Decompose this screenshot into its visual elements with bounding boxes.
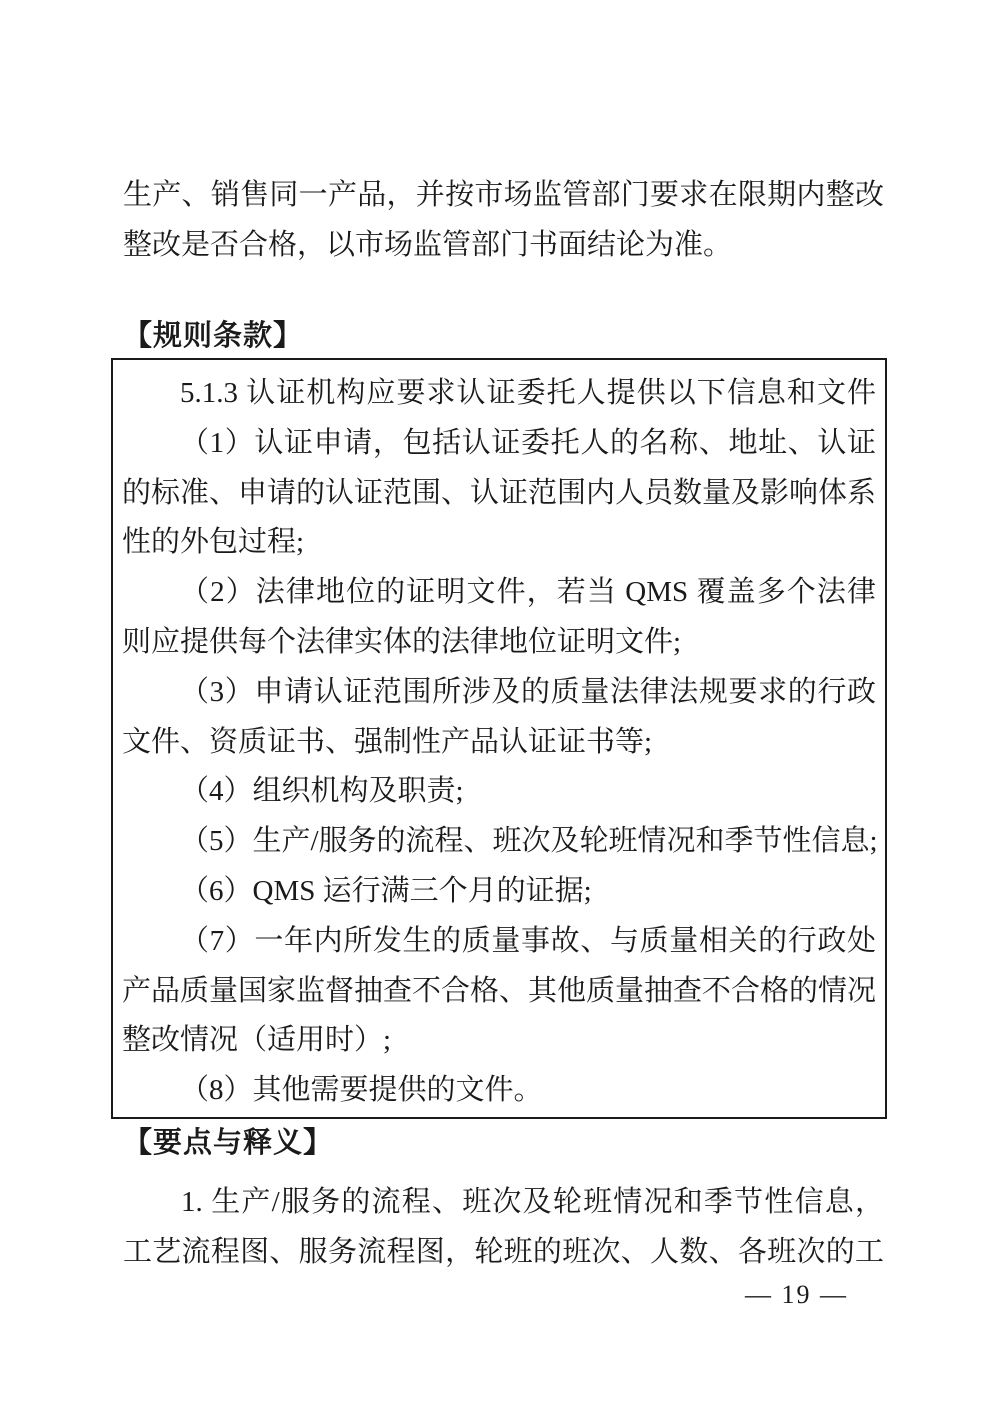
keypoints-paragraph: 1. 生产/服务的流程、班次及轮班情况和季节性信息，包括: 工艺流程图、服务流程…	[123, 1177, 884, 1277]
keypoints-heading: 【要点与释义】	[123, 1125, 884, 1161]
text-line: （8）其他需要提供的文件。	[122, 1066, 876, 1116]
text-line: 生产、销售同一产品，并按市场监管部门要求在限期内整改合格。	[123, 170, 884, 220]
text-line: 文件、资质证书、强制性产品认证证书等;	[122, 718, 876, 768]
rule-clause-box: 5.1.3 认证机构应要求认证委托人提供以下信息和文件资料: （1）认证申请，包…	[111, 358, 887, 1119]
text-line: 1. 生产/服务的流程、班次及轮班情况和季节性信息，包括:	[123, 1177, 884, 1227]
intro-paragraph: 生产、销售同一产品，并按市场监管部门要求在限期内整改合格。 整改是否合格，以市场…	[123, 0, 884, 270]
text-line: 工艺流程图、服务流程图，轮班的班次、人数、各班次的工作内	[123, 1227, 884, 1277]
text-line: （7）一年内所发生的质量事故、与质量相关的行政处罚、	[122, 917, 876, 967]
text-line: （5）生产/服务的流程、班次及轮班情况和季节性信息;	[122, 817, 876, 867]
rule-clause-heading: 【规则条款】	[123, 318, 884, 354]
text-line: 的标准、申请的认证范围、认证范围内人员数量及影响体系有效	[122, 469, 876, 519]
text-line: 则应提供每个法律实体的法律地位证明文件;	[122, 618, 876, 668]
page-content: 生产、销售同一产品，并按市场监管部门要求在限期内整改合格。 整改是否合格，以市场…	[123, 0, 884, 1277]
text-line: 整改是否合格，以市场监管部门书面结论为准。	[123, 220, 884, 270]
text-line: （1）认证申请，包括认证委托人的名称、地址、认证依据	[122, 419, 876, 469]
text-line: （3）申请认证范围所涉及的质量法律法规要求的行政许可	[122, 668, 876, 718]
document-page: 生产、销售同一产品，并按市场监管部门要求在限期内整改合格。 整改是否合格，以市场…	[0, 0, 1000, 1414]
text-line: 5.1.3 认证机构应要求认证委托人提供以下信息和文件资料:	[122, 369, 876, 419]
text-line: 产品质量国家监督抽查不合格、其他质量抽查不合格的情况以及	[122, 967, 876, 1017]
text-line: （4）组织机构及职责;	[122, 767, 876, 817]
page-number: — 19 —	[745, 1280, 848, 1310]
text-line: （6）QMS 运行满三个月的证据;	[122, 867, 876, 917]
text-line: 性的外包过程;	[122, 518, 876, 568]
text-line: （2）法律地位的证明文件，若当 QMS 覆盖多个法律实体时，	[122, 568, 876, 618]
text-line: 整改情况（适用时）;	[122, 1016, 876, 1066]
